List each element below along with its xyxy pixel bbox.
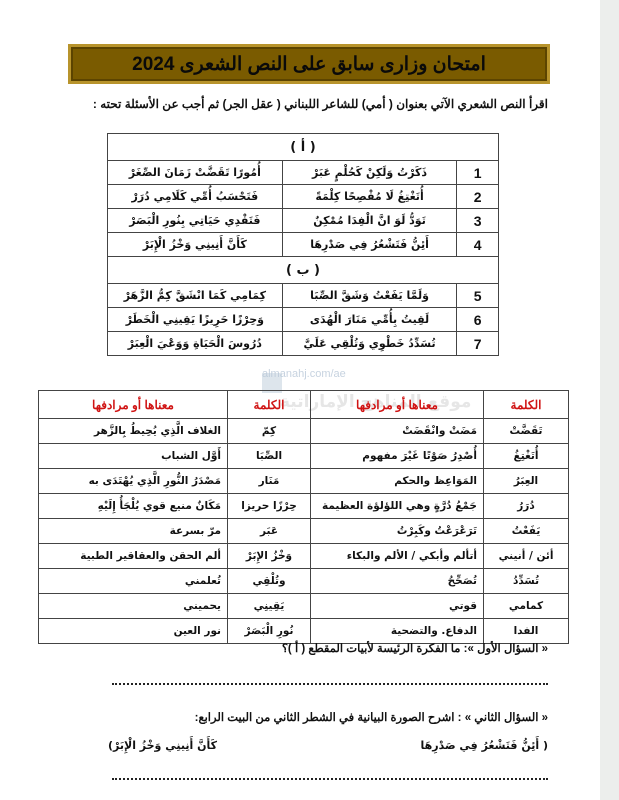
verse-row: 3 تَوَدُّ لَوَ انَّ الْفِدَا مُمْكِنٌ فَ… xyxy=(108,209,499,233)
viewer-background xyxy=(600,0,619,800)
section-header-row: ( أ ) xyxy=(108,134,499,161)
vocab-row: الفدا الدفاع. والتضحية نُورِ الْبَصَرْ ن… xyxy=(39,619,569,644)
watermark-url: almanahj.com/ae xyxy=(262,368,346,380)
vocab-meaning: مَصْدَرُ النُّورِ الَّذِي يُهْتَدَى به xyxy=(39,469,228,494)
verse-row: 6 لَقِيتُ بِأُمِّي مَنَارَ الْهُدَى وَحِ… xyxy=(108,308,499,332)
vocab-row: أُتَغْتِغُ أُصْدِرُ صَوْتًا غَيْرَ مفهوم… xyxy=(39,444,569,469)
verse-first-hemistich: أَئِنُّ فَتَشْعُرُ فِي صَدْرِهَا xyxy=(282,233,457,257)
vocab-word: العِبَرُ xyxy=(484,469,569,494)
vocab-word: دُرَرُ xyxy=(484,494,569,519)
vocab-meaning: يحميني xyxy=(39,594,228,619)
verse-first-hemistich: تَوَدُّ لَوَ انَّ الْفِدَا مُمْكِنٌ xyxy=(282,209,457,233)
vocab-meaning: المَوَاعِظ والحكم xyxy=(311,469,484,494)
vocab-meaning: نور العين xyxy=(39,619,228,644)
vocab-meaning: جَمْعُ دُرَّةٍ وهي اللؤلؤة العظيمة xyxy=(311,494,484,519)
vocab-word: حِرْزًا حريزا xyxy=(228,494,311,519)
verse-second-hemistich: دُرُوسَ الْحَيَاةِ وَوَعْيَ الْعِبَرْ xyxy=(108,332,283,356)
vocab-meaning: تُعلمني xyxy=(39,569,228,594)
section-header-row: ( ب ) xyxy=(108,257,499,284)
verse-first-hemistich: وَلَمَّا يَفَعْتُ وَشَقَّ الصِّبَا xyxy=(282,284,457,308)
verse-first-hemistich: ذَكَرْتُ وَلَكِنْ كَحُلْمٍ عَبَرْ xyxy=(282,161,457,185)
verse-number: 2 xyxy=(457,185,499,209)
question-1: « السؤال الأول »: ما الفكرة الرئيسة لأبي… xyxy=(282,641,548,655)
column-header-word: الكلمة xyxy=(484,391,569,419)
verse-row: 4 أَئِنُّ فَتَشْعُرُ فِي صَدْرِهَا كَأَن… xyxy=(108,233,499,257)
section-b-label: ( ب ) xyxy=(108,257,499,284)
vocab-row: يَفَعْتُ تَرَعْرَعْتُ وكَبِرْتُ عَبَر مر… xyxy=(39,519,569,544)
vocab-meaning: مَكَانٌ منيع قوي يُلْجَأُ إِلَيْهِ xyxy=(39,494,228,519)
column-header-meaning: معناها أو مرادفها xyxy=(39,391,228,419)
verse-number: 1 xyxy=(457,161,499,185)
vocab-word: يَقِينِي xyxy=(228,594,311,619)
page-title: امتحان وزارى سابق على النص الشعرى 2024 xyxy=(132,53,486,76)
verse-number: 5 xyxy=(457,284,499,308)
vocab-row: أئن / أنيني أتألم وأبكي / الألم والبكاء … xyxy=(39,544,569,569)
section-a-label: ( أ ) xyxy=(108,134,499,161)
vocab-row: العِبَرُ المَوَاعِظ والحكم مَنَار مَصْدَ… xyxy=(39,469,569,494)
vocab-header-row: الكلمة معناها أو مرادفها الكلمة معناها أ… xyxy=(39,391,569,419)
vocab-row: دُرَرُ جَمْعُ دُرَّةٍ وهي اللؤلؤة العظيم… xyxy=(39,494,569,519)
vocab-meaning: الغلاف الَّذِي يُحِيطُ بِالزَّهر xyxy=(39,419,228,444)
verse-second-hemistich: كَأَنَّ أَنِينِي وَخْزُ الْإِبَرْ xyxy=(108,233,283,257)
vocab-meaning: مرّ بسرعة xyxy=(39,519,228,544)
question-2: « السؤال الثاني » : اشرح الصورة البيانية… xyxy=(195,710,548,724)
vocab-word: تُسَدِّدُ xyxy=(484,569,569,594)
poem-table: ( أ ) 1 ذَكَرْتُ وَلَكِنْ كَحُلْمٍ عَبَر… xyxy=(107,133,499,356)
vocab-word: كِمّ xyxy=(228,419,311,444)
vocab-word: الفدا xyxy=(484,619,569,644)
vocabulary-table: الكلمة معناها أو مرادفها الكلمة معناها أ… xyxy=(38,390,569,644)
vocab-meaning: مَضَتْ وانْقَضَتْ xyxy=(311,419,484,444)
vocab-word: عَبَر xyxy=(228,519,311,544)
vocab-word: وتُلْقِي xyxy=(228,569,311,594)
vocab-row: تُسَدِّدُ تُصَحِّحُ وتُلْقِي تُعلمني xyxy=(39,569,569,594)
verse-number: 4 xyxy=(457,233,499,257)
column-header-word: الكلمة xyxy=(228,391,311,419)
verse-number: 6 xyxy=(457,308,499,332)
vocab-word: مَنَار xyxy=(228,469,311,494)
vocab-word: يَفَعْتُ xyxy=(484,519,569,544)
vocab-meaning: ألم الحقن والعقاقير الطبية xyxy=(39,544,228,569)
vocab-word: كمامي xyxy=(484,594,569,619)
verse-second-hemistich: وَحِرْزًا حَرِيزًا يَقِينِي الْخَطَرْ xyxy=(108,308,283,332)
vocab-row: كمامي قوتي يَقِينِي يحميني xyxy=(39,594,569,619)
verse-row: 2 أُتَغْتِغُ لَا مُفْصِحًا كِلْمَةً فَتَ… xyxy=(108,185,499,209)
verse-second-hemistich: أُمُورًا تَقَضَّتْ زَمَانَ الصِّغَرْ xyxy=(108,161,283,185)
question-2-verse-second: كَأَنَّ أَنِينِي وَخْزُ الْإِبَرْ) xyxy=(108,739,217,752)
answer-line-2[interactable] xyxy=(112,778,548,782)
answer-line-1[interactable] xyxy=(112,683,548,687)
verse-first-hemistich: تُسَدِّدُ خَطْوِي وَتُلْقِي عَلَيَّ xyxy=(282,332,457,356)
vocab-meaning: تُصَحِّحُ xyxy=(311,569,484,594)
vocab-meaning: أتألم وأبكي / الألم والبكاء xyxy=(311,544,484,569)
vocab-word: نُورِ الْبَصَرْ xyxy=(228,619,311,644)
verse-number: 7 xyxy=(457,332,499,356)
document-page: امتحان وزارى سابق على النص الشعرى 2024 ا… xyxy=(0,0,600,800)
verse-first-hemistich: أُتَغْتِغُ لَا مُفْصِحًا كِلْمَةً xyxy=(282,185,457,209)
verse-second-hemistich: كِمَامِي كَمَا انْشَقَّ كِمُّ الزَّهَرْ xyxy=(108,284,283,308)
vocab-meaning: الدفاع. والتضحية xyxy=(311,619,484,644)
question-2-verse: ( أَئِنُّ فَتَشْعُرُ فِي صَدْرِهَا كَأَن… xyxy=(108,739,548,752)
verse-row: 1 ذَكَرْتُ وَلَكِنْ كَحُلْمٍ عَبَرْ أُمُ… xyxy=(108,161,499,185)
verse-first-hemistich: لَقِيتُ بِأُمِّي مَنَارَ الْهُدَى xyxy=(282,308,457,332)
column-header-meaning: معناها أو مرادفها xyxy=(311,391,484,419)
verse-second-hemistich: فَتَحْسَبُ أُمِّي كَلَامِي دُرَرْ xyxy=(108,185,283,209)
verse-row: 7 تُسَدِّدُ خَطْوِي وَتُلْقِي عَلَيَّ دُ… xyxy=(108,332,499,356)
vocab-word: تَقَضَّتْ xyxy=(484,419,569,444)
vocab-word: الصِّبَا xyxy=(228,444,311,469)
vocab-meaning: أَوَّل الشباب xyxy=(39,444,228,469)
question-2-verse-first: ( أَئِنُّ فَتَشْعُرُ فِي صَدْرِهَا xyxy=(421,739,549,752)
vocab-meaning: قوتي xyxy=(311,594,484,619)
vocab-meaning: تَرَعْرَعْتُ وكَبِرْتُ xyxy=(311,519,484,544)
vocab-meaning: أُصْدِرُ صَوْتًا غَيْرَ مفهوم xyxy=(311,444,484,469)
vocab-word: أئن / أنيني xyxy=(484,544,569,569)
verse-row: 5 وَلَمَّا يَفَعْتُ وَشَقَّ الصِّبَا كِم… xyxy=(108,284,499,308)
vocab-row: تَقَضَّتْ مَضَتْ وانْقَضَتْ كِمّ الغلاف … xyxy=(39,419,569,444)
vocab-word: أُتَغْتِغُ xyxy=(484,444,569,469)
verse-second-hemistich: فَتَفْدِي حَيَاتِي بِنُورِ الْبَصَرْ xyxy=(108,209,283,233)
instructions-text: اقرأ النص الشعري الآتي بعنوان ( أمي) للش… xyxy=(93,97,548,111)
vocab-word: وَخْزُ الإِبَرْ xyxy=(228,544,311,569)
verse-number: 3 xyxy=(457,209,499,233)
title-banner: امتحان وزارى سابق على النص الشعرى 2024 xyxy=(68,44,550,84)
